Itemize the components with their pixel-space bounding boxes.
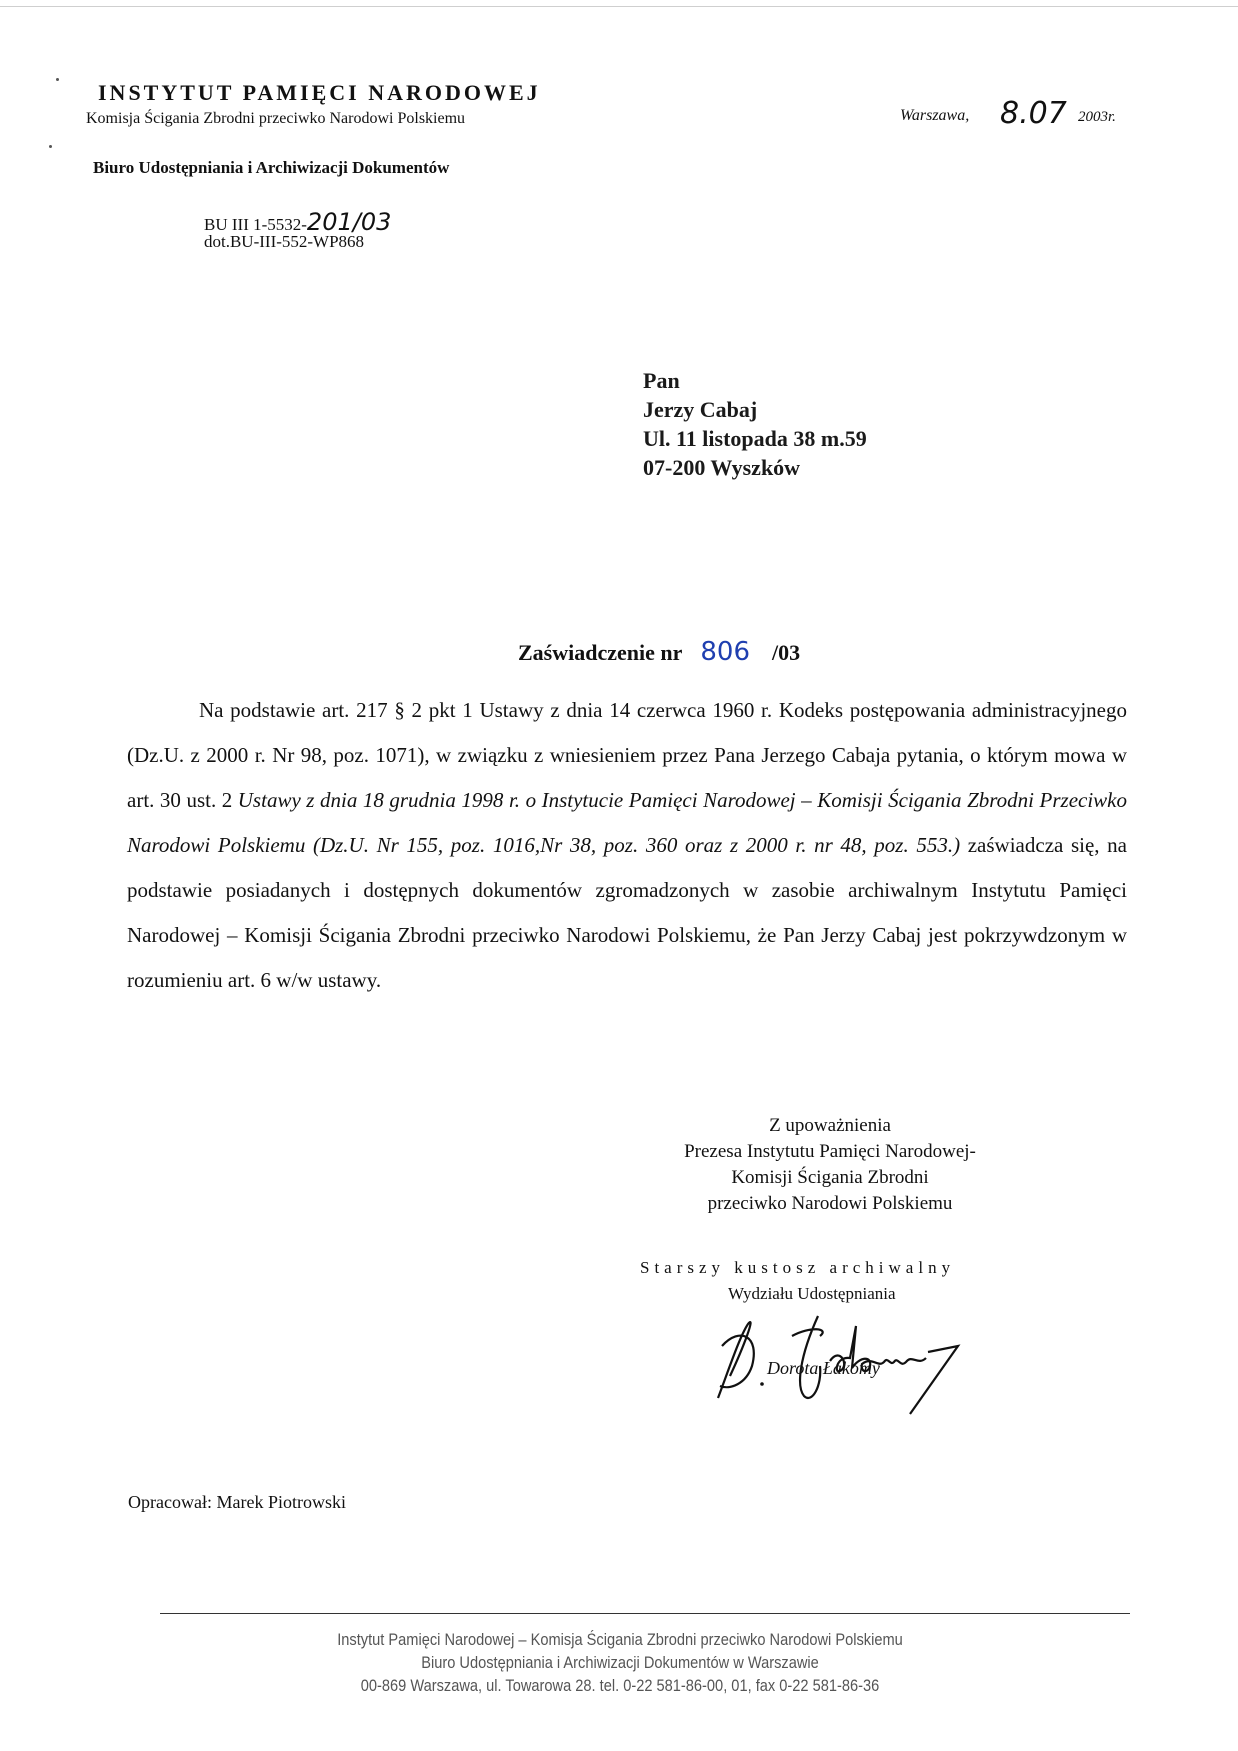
footer-divider [160,1613,1130,1614]
scan-edge-line [0,6,1238,7]
commission-name: Komisja Ścigania Zbrodni przeciwko Narod… [86,110,465,128]
footer-line: 00-869 Warszawa, ul. Towarowa 28. tel. 0… [224,1674,1015,1697]
certificate-label: Zaświadczenie nr [518,640,682,665]
letterhead-footer: Instytut Pamięci Narodowej – Komisja Ści… [224,1628,1015,1697]
recipient-address: Pan Jerzy Cabaj Ul. 11 listopada 38 m.59… [643,366,867,482]
recipient-line: Ul. 11 listopada 38 m.59 [643,424,867,453]
prepared-by: Opracował: Marek Piotrowski [128,1492,346,1513]
scan-speck [49,145,52,148]
date-year: 2003r. [1078,109,1116,126]
authorization-block: Z upoważnienia Prezesa Instytutu Pamięci… [620,1113,1040,1217]
institution-name: INSTYTUT PAMIĘCI NARODOWEJ [98,80,541,106]
authorization-line: Z upoważnienia [620,1113,1040,1139]
footer-line: Biuro Udostępniania i Archiwizacji Dokum… [224,1651,1015,1674]
bureau-name: Biuro Udostępniania i Archiwizacji Dokum… [93,158,449,178]
certificate-heading: Zaświadczenie nr806/03 [518,637,800,667]
certificate-suffix: /03 [772,640,800,665]
scan-speck [56,78,59,81]
recipient-line: 07-200 Wyszków [643,453,867,482]
body-paragraph: Na podstawie art. 217 § 2 pkt 1 Ustawy z… [127,688,1127,1003]
date-handwritten: 8.07 [1000,96,1067,131]
authorization-line: Komisji Ścigania Zbrodni [620,1165,1040,1191]
certificate-body: Na podstawie art. 217 § 2 pkt 1 Ustawy z… [127,688,1127,1003]
authorization-line: Prezesa Instytutu Pamięci Narodowej- [620,1139,1040,1165]
signatory-name: Dorota Łakomy [767,1358,880,1379]
related-reference: dot.BU-III-552-WP868 [204,232,364,252]
certificate-number: 806 [700,637,750,667]
signatory-title: Starszy kustosz archiwalny [640,1258,955,1278]
signatory-department: Wydziału Udostępniania [728,1284,896,1304]
footer-line: Instytut Pamięci Narodowej – Komisja Ści… [224,1628,1015,1651]
recipient-line: Pan [643,366,867,395]
date-place: Warszawa, [900,107,969,125]
authorization-line: przeciwko Narodowi Polskiemu [620,1191,1040,1217]
recipient-line: Jerzy Cabaj [643,395,867,424]
